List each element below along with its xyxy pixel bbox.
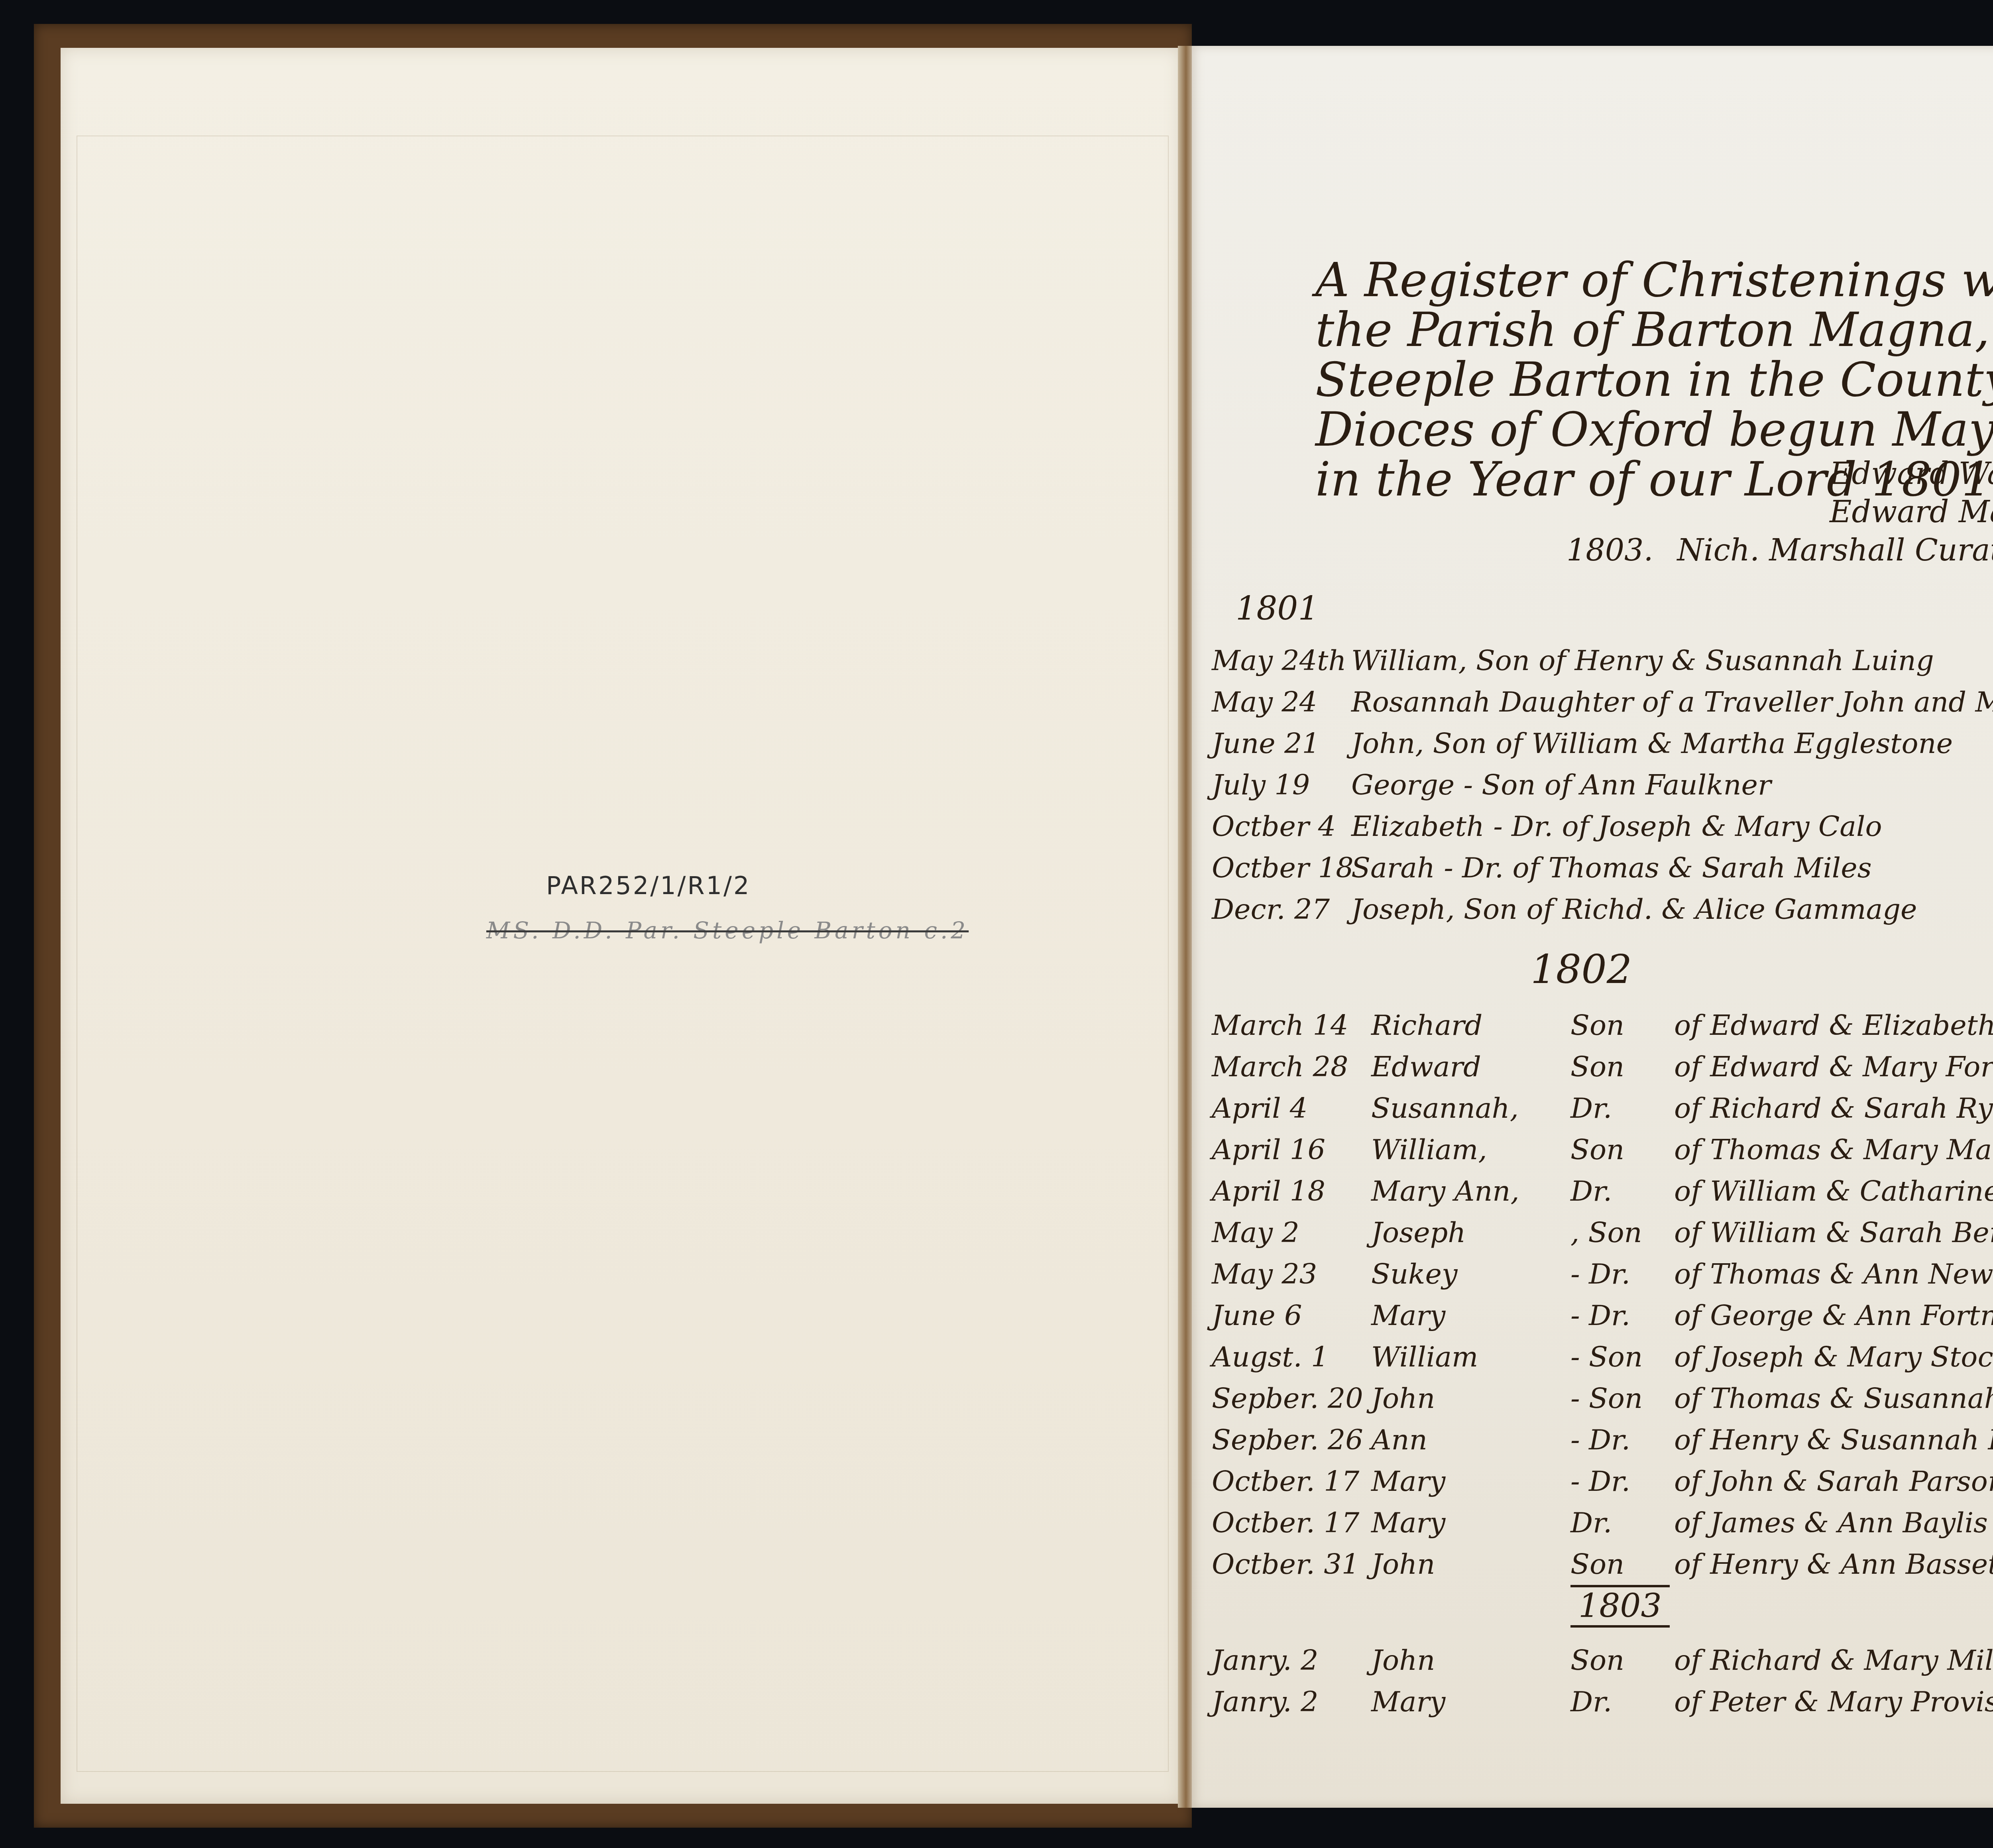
entry-relation: - Son [1570,1378,1674,1419]
entry-relation: Son [1570,1543,1674,1585]
entry-child-name: Mary [1371,1502,1570,1543]
register-entry: Octber 18Sarah - Dr. of Thomas & Sarah M… [1212,847,1993,889]
entry-parents: of Henry & Ann Basset [1674,1543,1993,1585]
register-entry: April 4Susannah,Dr.of Richard & Sarah Ry… [1212,1087,1993,1129]
entry-date: Octber 18 [1212,847,1351,889]
clergy-signature: Edward Marshall Curate Junr. [1830,493,1993,531]
entry-parents: of James & Ann Baylis [1674,1502,1993,1543]
entry-child-name: Mary [1371,1461,1570,1502]
entry-relation: Dr. [1570,1502,1674,1543]
struck-old-reference: MS. D.D. Par. Steeple Barton c.2 [486,917,969,944]
entry-child-name: John [1371,1640,1570,1681]
entry-parents: of Joseph & Mary Stockford [1674,1336,1993,1378]
register-entry: Augst. 1William- Sonof Joseph & Mary Sto… [1212,1336,1993,1378]
entry-parents: of John & Sarah Parsons [1674,1461,1993,1502]
register-entry: July 19George - Son of Ann Faulkner [1212,764,1993,806]
entry-parents: of Henry & Susannah Luing [1674,1419,1993,1461]
register-entry: June 6Mary- Dr.of George & Ann Fortnam [1212,1295,1993,1336]
entry-date: Janry. 2 [1212,1640,1371,1681]
entry-text: Rosannah Daughter of a Traveller John an… [1351,681,1993,723]
entry-date: March 14 [1212,1005,1371,1046]
register-entry: Janry. 2MaryDr.of Peter & Mary Provis [1212,1681,1993,1722]
christening-entries: 1801 May 24thWilliam, Son of Henry & Sus… [1212,590,1993,1722]
entry-text: William, Son of Henry & Susannah Luing [1351,640,1993,681]
entry-relation: - Dr. [1570,1461,1674,1502]
entry-date: May 23 [1212,1253,1371,1295]
entry-date: Decr. 27 [1212,889,1351,930]
clergy-signature: 1803.Nich. Marshall Curate Senr. [1566,531,1993,569]
entry-child-name: Mary Ann, [1371,1170,1570,1212]
register-entry: May 24Rosannah Daughter of a Traveller J… [1212,681,1993,723]
register-entry: April 18Mary Ann,Dr.of William & Cathari… [1212,1170,1993,1212]
entry-child-name: Susannah, [1371,1087,1570,1129]
entry-parents: of Edward & Mary Fortnam [1674,1046,1993,1087]
register-entry: Sepber. 20John- Sonof Thomas & Susannah … [1212,1378,1993,1419]
register-entry: April 16William,Sonof Thomas & Mary Math… [1212,1129,1993,1170]
register-entry: May 24thWilliam, Son of Henry & Susannah… [1212,640,1993,681]
entry-date: July 19 [1212,764,1351,806]
entry-date: April 18 [1212,1170,1371,1212]
entry-text: Elizabeth - Dr. of Joseph & Mary Calo [1351,806,1993,847]
entry-child-name: William [1371,1336,1570,1378]
register-entry: June 21John, Son of William & Martha Egg… [1212,723,1993,764]
entry-relation: Son [1570,1129,1674,1170]
entry-relation: - Son [1570,1336,1674,1378]
entry-text: Joseph, Son of Richd. & Alice Gammage [1351,889,1993,930]
register-entry: May 2Joseph, Sonof William & Sarah Benso… [1212,1212,1993,1253]
entry-child-name: William, [1371,1129,1570,1170]
entry-date: April 16 [1212,1129,1371,1170]
entry-parents: of Richard & Mary Miles [1674,1640,1993,1681]
entry-date: Octber. 31 [1212,1543,1371,1585]
archive-shelfmark: PAR252/1/R1/2 [546,871,751,900]
entry-date: May 24th [1212,640,1351,681]
register-entry: Octber. 31JohnSonof Henry & Ann Basset [1212,1543,1993,1585]
entry-date: Octber. 17 [1212,1461,1371,1502]
entry-parents: of George & Ann Fortnam [1674,1295,1993,1336]
entry-child-name: John [1371,1378,1570,1419]
year-heading: 1802 [1531,946,1993,993]
entry-parents: of Thomas & Mary Mathews [1674,1129,1993,1170]
entry-text: Sarah - Dr. of Thomas & Sarah Miles [1351,847,1993,889]
year-heading: 1801 [1236,590,1993,628]
entry-date: June 21 [1212,723,1351,764]
register-entry: May 23Sukey- Dr.of Thomas & Ann Newman [1212,1253,1993,1295]
entry-relation: Son [1570,1640,1674,1681]
clergy-signature: Edward Walker Vicar [1830,454,1993,493]
entry-parents: of Peter & Mary Provis [1674,1681,1993,1722]
entry-date: May 24 [1212,681,1351,723]
entry-relation: - Dr. [1570,1253,1674,1295]
entry-date: Sepber. 20 [1212,1378,1371,1419]
entry-relation: - Dr. [1570,1295,1674,1336]
year-section-1801: 1801 May 24thWilliam, Son of Henry & Sus… [1212,590,1993,930]
entry-child-name: Joseph [1371,1212,1570,1253]
entry-date: Octber. 17 [1212,1502,1371,1543]
register-entry: Janry. 2JohnSonof Richard & Mary Miles [1212,1640,1993,1681]
entry-date: Janry. 2 [1212,1681,1371,1722]
entry-parents: of Edward & Elizabeth Townsend [1674,1005,1993,1046]
entry-text: John, Son of William & Martha Egglestone [1351,723,1993,764]
register-entry: Sepber. 26Ann- Dr.of Henry & Susannah Lu… [1212,1419,1993,1461]
entry-parents: of Thomas & Susannah Hollis [1674,1378,1993,1419]
entry-date: Sepber. 26 [1212,1419,1371,1461]
year-section-1803: 1803 Janry. 2JohnSonof Richard & Mary Mi… [1212,1585,1993,1722]
entry-relation: Dr. [1570,1170,1674,1212]
clergy-list: Edward Walker Vicar Edward Marshall Cura… [1830,454,1993,569]
entry-date: June 6 [1212,1295,1371,1336]
paper-fold-outline [77,136,1169,1772]
entry-relation: Son [1570,1046,1674,1087]
register-entry: Octber. 17MaryDr.of James & Ann Baylis [1212,1502,1993,1543]
register-entry: Octber 4Elizabeth - Dr. of Joseph & Mary… [1212,806,1993,847]
entry-relation: Dr. [1570,1087,1674,1129]
entry-relation: Son [1570,1005,1674,1046]
entry-child-name: Ann [1371,1419,1570,1461]
register-entry: March 14RichardSonof Edward & Elizabeth … [1212,1005,1993,1046]
entry-child-name: Richard [1371,1005,1570,1046]
entry-parents: of Thomas & Ann Newman [1674,1253,1993,1295]
entry-child-name: Sukey [1371,1253,1570,1295]
year-section-1802: 1802 March 14RichardSonof Edward & Eliza… [1212,946,1993,1585]
entry-child-name: John [1371,1543,1570,1585]
entry-relation: , Son [1570,1212,1674,1253]
entry-child-name: Mary [1371,1295,1570,1336]
entry-date: Augst. 1 [1212,1336,1371,1378]
entry-date: Octber 4 [1212,806,1351,847]
entry-parents: of Richard & Sarah Rymill [1674,1087,1993,1129]
register-entry: March 28EdwardSonof Edward & Mary Fortna… [1212,1046,1993,1087]
entry-parents: of William & Sarah Benson [1674,1212,1993,1253]
register-entry: Decr. 27Joseph, Son of Richd. & Alice Ga… [1212,889,1993,930]
entry-text: George - Son of Ann Faulkner [1351,764,1993,806]
entry-relation: Dr. [1570,1681,1674,1722]
entry-date: April 4 [1212,1087,1371,1129]
entry-child-name: Mary [1371,1681,1570,1722]
entry-parents: of William & Catharine Egglestone [1674,1170,1993,1212]
entry-date: May 2 [1212,1212,1371,1253]
entry-relation: - Dr. [1570,1419,1674,1461]
entry-child-name: Edward [1371,1046,1570,1087]
year-heading: 1803 [1570,1585,1670,1628]
register-entry: Octber. 17Mary- Dr.of John & Sarah Parso… [1212,1461,1993,1502]
entry-date: March 28 [1212,1046,1371,1087]
